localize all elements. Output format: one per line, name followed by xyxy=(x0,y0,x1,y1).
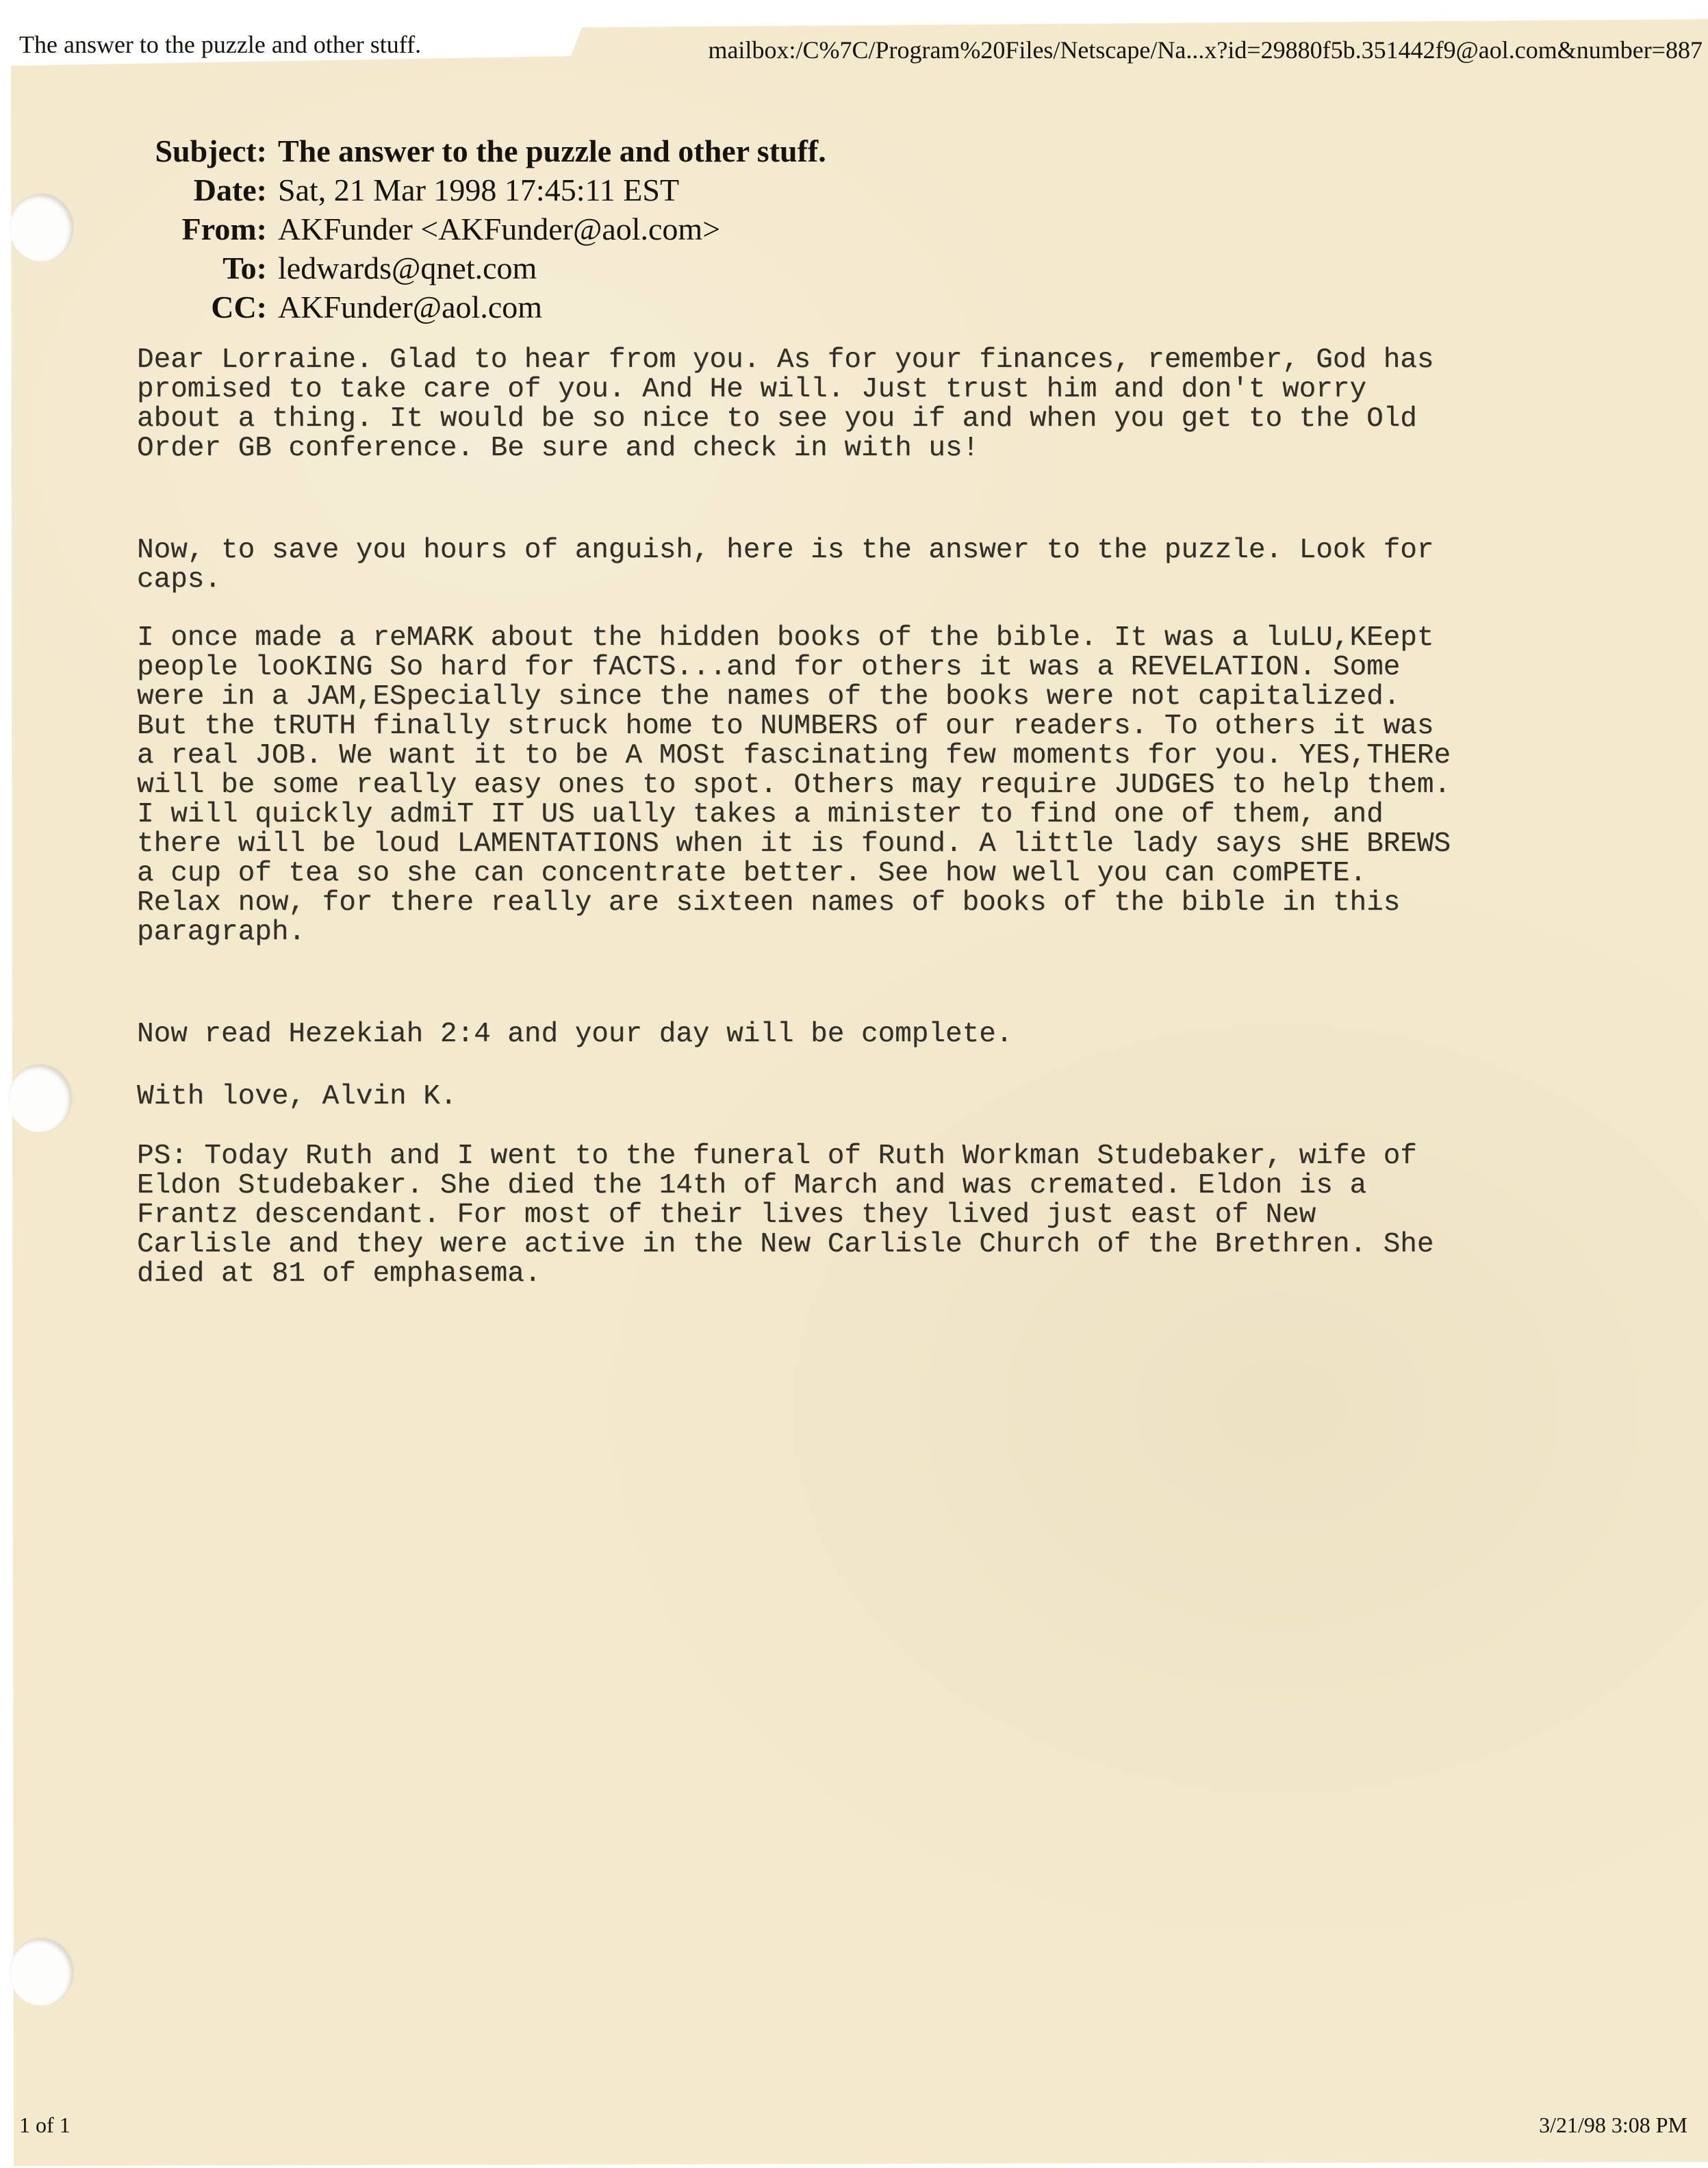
footer-page-number: 1 of 1 xyxy=(19,2113,71,2138)
email-header-row: Subject:The answer to the puzzle and oth… xyxy=(136,131,826,170)
body-paragraph: Now, to save you hours of anguish, here … xyxy=(137,536,1575,595)
body-paragraph: Now read Hezekiah 2:4 and your day will … xyxy=(137,1020,1575,1049)
body-paragraph: I once made a reMARK about the hidden bo… xyxy=(137,624,1575,947)
body-paragraph: Dear Lorraine. Glad to hear from you. As… xyxy=(137,346,1575,463)
email-header-value: AKFunder <AKFunder@aol.com> xyxy=(278,209,720,248)
email-header-label: Subject: xyxy=(136,131,267,170)
email-body: Dear Lorraine. Glad to hear from you. As… xyxy=(137,346,1575,1289)
body-paragraph: PS: Today Ruth and I went to the funeral… xyxy=(137,1142,1575,1289)
scanned-email-page: The answer to the puzzle and other stuff… xyxy=(0,0,1708,2168)
hole-punch-middle xyxy=(8,1065,71,1132)
email-header-row: Date:Sat, 21 Mar 1998 17:45:11 EST xyxy=(136,170,826,209)
email-header-row: CC:AKFunder@aol.com xyxy=(136,288,826,327)
email-header-value: ledwards@qnet.com xyxy=(278,248,537,288)
footer-timestamp: 3/21/98 3:08 PM xyxy=(1539,2113,1687,2138)
hole-punch-bottom xyxy=(10,1939,73,2006)
email-header-value: AKFunder@aol.com xyxy=(278,288,542,327)
email-header-row: To:ledwards@qnet.com xyxy=(136,248,826,288)
print-header-mailbox-url: mailbox:/C%7C/Program%20Files/Netscape/N… xyxy=(708,36,1703,64)
email-header-label: From: xyxy=(136,209,267,248)
email-header-label: CC: xyxy=(136,288,267,327)
email-header-value: The answer to the puzzle and other stuff… xyxy=(278,131,826,170)
email-header-row: From:AKFunder <AKFunder@aol.com> xyxy=(136,209,826,248)
body-paragraph: With love, Alvin K. xyxy=(137,1082,1575,1112)
print-header-title: The answer to the puzzle and other stuff… xyxy=(19,30,421,59)
email-header-label: Date: xyxy=(136,170,267,209)
email-header-block: Subject:The answer to the puzzle and oth… xyxy=(136,131,826,327)
email-header-label: To: xyxy=(136,248,267,288)
email-header-value: Sat, 21 Mar 1998 17:45:11 EST xyxy=(278,170,679,209)
hole-punch-top xyxy=(10,194,73,262)
